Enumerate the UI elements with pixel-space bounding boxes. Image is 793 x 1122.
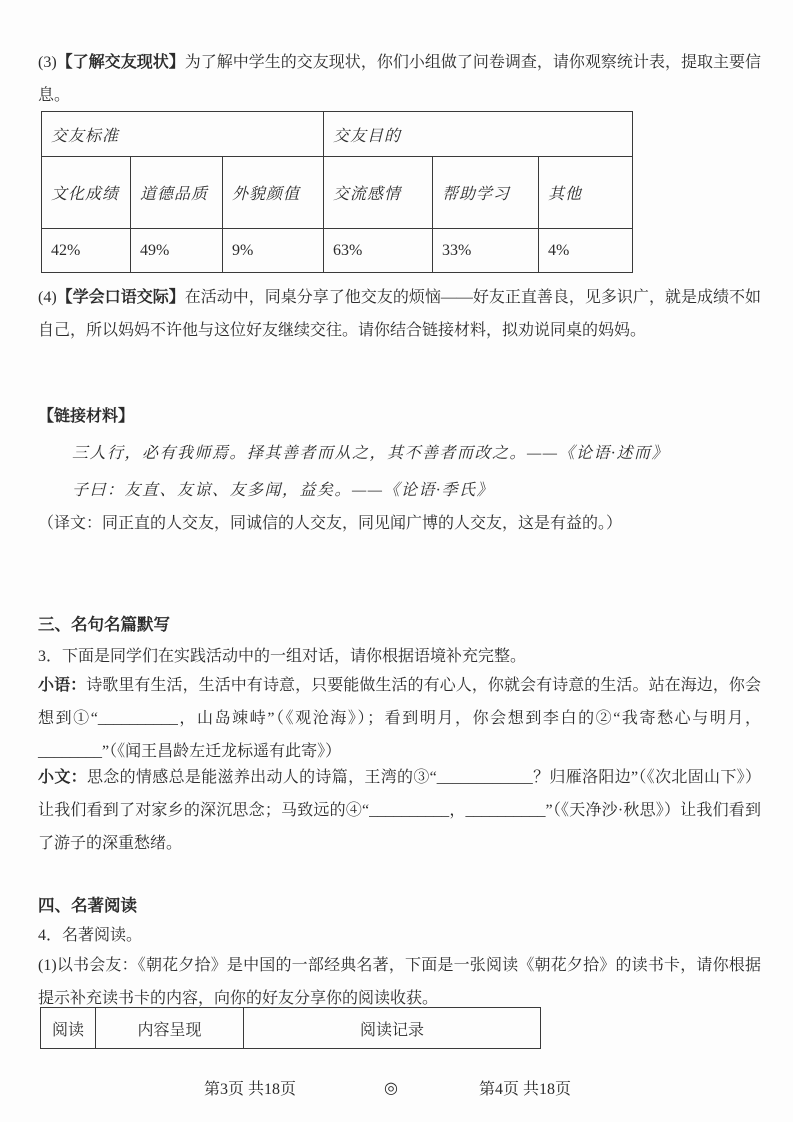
- survey-value-culture-score: 42%: [42, 229, 131, 273]
- link-material-translation: （译文：同正直的人交友，同诚信的人交友，同见闻广博的人交友，这是有益的。）: [38, 507, 761, 540]
- survey-group-header-purpose: 交友目的: [324, 112, 633, 157]
- table-row: 42% 49% 9% 63% 33% 4%: [42, 229, 633, 273]
- question-4-activity-tag: 【学会口语交际】: [57, 289, 185, 306]
- table-row: 阅读 内容呈现 阅读记录: [41, 1008, 541, 1049]
- question-4-reading-intro: 4．名著阅读。: [38, 919, 761, 952]
- ring-symbol: ◎: [384, 1078, 398, 1100]
- survey-value-exchange-feelings: 63%: [324, 229, 433, 273]
- exam-paper-page: (3)【了解交友现状】为了解中学生的交友现状，你们小组做了问卷调查，请你观察统计…: [0, 0, 793, 1122]
- survey-subheader-moral-quality: 道德品质: [131, 157, 223, 229]
- section-four-heading: 四、名著阅读: [38, 889, 137, 922]
- table-row: 交友标准 交友目的: [42, 112, 633, 157]
- survey-value-other: 4%: [539, 229, 633, 273]
- dialogue-xiaoyu-text: 诗歌里有生活，生活中有诗意，只要能做生活的有心人，你就会有诗意的生活。站在海边，…: [38, 677, 761, 760]
- reading-card-table: 阅读 内容呈现 阅读记录: [40, 1007, 541, 1049]
- question-3-prompt: (3)【了解交友现状】为了解中学生的交友现状，你们小组做了问卷调查，请你观察统计…: [38, 46, 761, 112]
- survey-group-header-standard: 交友标准: [42, 112, 324, 157]
- survey-subheader-appearance: 外貌颜值: [223, 157, 324, 229]
- reading-card-header-record: 阅读记录: [244, 1008, 541, 1049]
- footer-page-number-right: 第4页 共18页: [479, 1079, 571, 1101]
- section-three-heading: 三、名句名篇默写: [38, 608, 170, 641]
- survey-subheader-exchange-feelings: 交流感情: [324, 157, 433, 229]
- question-4-prompt: (4)【学会口语交际】在活动中，同桌分享了他交友的烦恼——好友正直善良，见多识广…: [38, 281, 761, 347]
- survey-value-help-study: 33%: [433, 229, 539, 273]
- link-material-quote-2: 子曰：友直、友谅、友多闻，益矣。——《论语·季氏》: [72, 474, 762, 507]
- dialogue-xiaowen: 小文：思念的情感总是能滋养出动人的诗篇，王湾的③“____________？归雁…: [38, 761, 761, 860]
- table-row: 文化成绩 道德品质 外貌颜值 交流感情 帮助学习 其他: [42, 157, 633, 229]
- question-4-sub1-prompt: (1)以书会友：《朝花夕拾》是中国的一部经典名著，下面是一张阅读《朝花夕拾》的读…: [38, 949, 761, 1015]
- survey-value-appearance: 9%: [223, 229, 324, 273]
- survey-value-moral-quality: 49%: [131, 229, 223, 273]
- dialogue-xiaoyu: 小语：诗歌里有生活，生活中有诗意，只要能做生活的有心人，你就会有诗意的生活。站在…: [38, 669, 761, 768]
- link-material-quote-1: 三人行，必有我师焉。择其善者而从之，其不善者而改之。——《论语·述而》: [72, 437, 762, 470]
- speaker-label-xiaoyu: 小语：: [38, 677, 86, 694]
- question-3-activity-tag: 【了解交友现状】: [57, 54, 185, 71]
- question-4-number: (4): [38, 289, 57, 306]
- friendship-survey-table: 交友标准 交友目的 文化成绩 道德品质 外貌颜值 交流感情 帮助学习 其他 42…: [41, 111, 633, 273]
- survey-subheader-help-study: 帮助学习: [433, 157, 539, 229]
- speaker-label-xiaowen: 小文：: [38, 769, 87, 786]
- reading-card-header-read: 阅读: [41, 1008, 96, 1049]
- question-3-number: (3): [38, 54, 57, 71]
- link-material-title: 【链接材料】: [38, 400, 134, 433]
- reading-card-header-content: 内容呈现: [96, 1008, 244, 1049]
- survey-subheader-culture-score: 文化成绩: [42, 157, 131, 229]
- footer-page-number-left: 第3页 共18页: [204, 1079, 296, 1101]
- survey-subheader-other: 其他: [539, 157, 633, 229]
- dialogue-xiaowen-text: 思念的情感总是能滋养出动人的诗篇，王湾的③“____________？归雁洛阳边…: [38, 769, 761, 852]
